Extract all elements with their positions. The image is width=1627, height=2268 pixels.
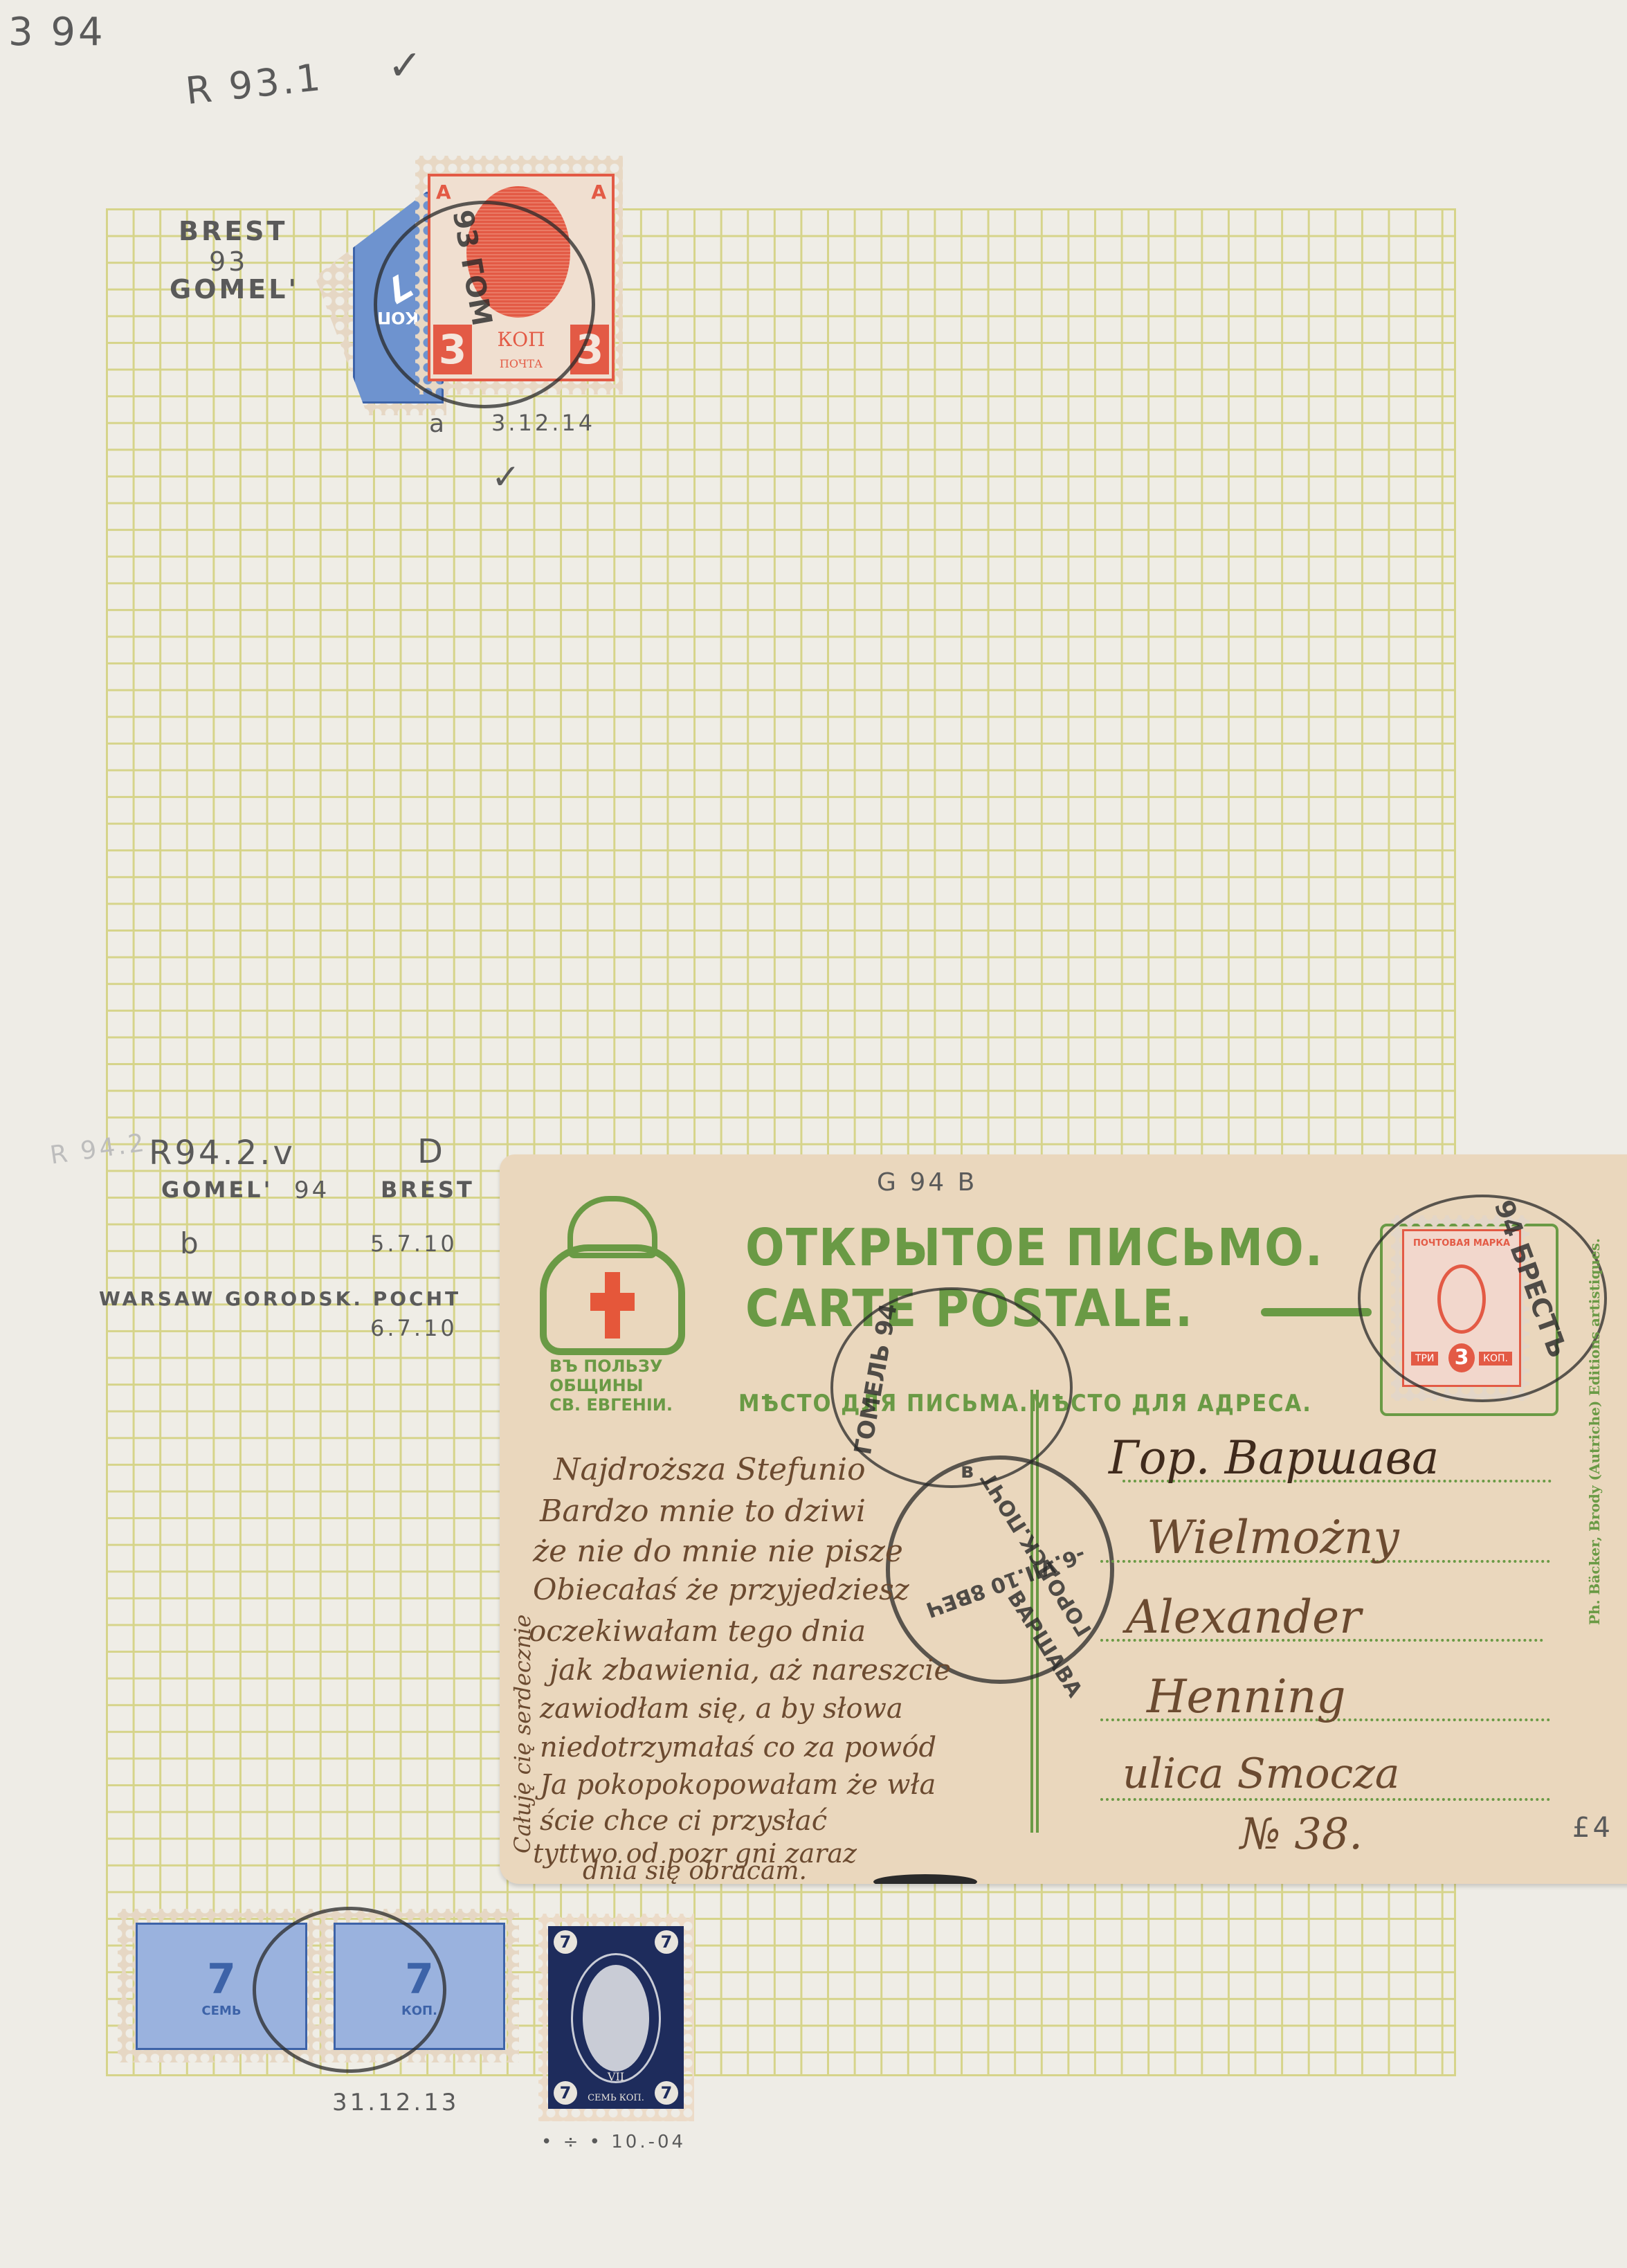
section2-route-from: GOMEL' — [161, 1177, 273, 1203]
section2-date2: 6.7.10 — [370, 1315, 457, 1341]
message-line: zawiodłam się, a by słowa — [540, 1693, 903, 1725]
top-reference: R 93.1 — [183, 55, 325, 113]
message-line: oczekiwałam tego dnia — [529, 1614, 866, 1648]
message-line: Ja pokopokopowałam że wła — [540, 1769, 936, 1801]
title-russian: ОТКРЫТОЕ ПИСЬМО. — [745, 1218, 1324, 1278]
section1-type-letter: a — [429, 410, 447, 438]
single-stamp-note: • ÷ • 10.-04 — [541, 2132, 686, 2152]
message-line: dnia się obracam. — [583, 1857, 807, 1884]
message-line: jak zbawienia, aż nareszcie — [549, 1653, 951, 1687]
section2-reference: R94.2.v — [149, 1134, 296, 1172]
section2-type-right: D — [417, 1132, 446, 1171]
single-stamp-value-bl: 7 — [554, 2081, 577, 2105]
section2-route-to: BREST — [381, 1177, 475, 1203]
pair-date-note: 31.12.13 — [332, 2089, 459, 2116]
red-cross-icon — [590, 1272, 635, 1339]
address-rule — [1100, 1798, 1550, 1801]
address-number: № 38. — [1240, 1808, 1363, 1859]
single-stamp-value-br: 7 — [655, 2081, 678, 2105]
message-line: że nie do mnie nie pisze — [533, 1534, 903, 1569]
single-stamp-value-tl: 7 — [554, 1930, 577, 1954]
address-title: Wielmożny — [1147, 1511, 1399, 1564]
single-stamp-value-tr: 7 — [655, 1930, 678, 1954]
address-city: Гор. Варшава — [1109, 1431, 1439, 1485]
section1-check-mark: ✓ — [491, 457, 523, 497]
section2-type-letter: b — [180, 1226, 201, 1260]
postcard: G 94 B ВЪ ПОЛЬЗУ ОБЩИНЫ СВ. ЕВГЕНIИ. ОТК… — [500, 1154, 1627, 1884]
postmark-brest — [1358, 1195, 1607, 1402]
postmark-pair — [253, 1907, 446, 2073]
section2-route-number: 94 — [294, 1177, 329, 1204]
single-stamp-oval — [573, 1955, 659, 2081]
address-street: ulica Smocza — [1122, 1750, 1400, 1798]
postcard-pencil-ref: G 94 B — [877, 1168, 977, 1197]
address-last-name: Henning — [1147, 1670, 1346, 1723]
section2-date1: 5.7.10 — [370, 1231, 457, 1257]
section2-transit-line: WARSAW GORODSK. POCHT — [99, 1287, 461, 1310]
stamp-red-corner-left: А — [436, 181, 451, 203]
address-first-name: Alexander — [1126, 1590, 1361, 1644]
stamp-red-corner-right: А — [591, 181, 606, 203]
top-check-mark: ✓ — [388, 42, 425, 90]
ink-blot — [873, 1874, 977, 1884]
section1-label-brest: BREST — [179, 216, 287, 246]
side-note: Całuję cię serdecznie — [509, 1615, 536, 1853]
emblem-line-2: ОБЩИНЫ — [549, 1376, 644, 1395]
price-note: £4 — [1572, 1812, 1613, 1844]
printer-imprint: Ph. Bäcker, Brody (Autriche) Editions ar… — [1586, 1238, 1603, 1625]
message-line: Bardzo mnie to dziwi — [540, 1494, 866, 1529]
section1-label-number: 93 — [209, 246, 248, 277]
emblem-line-3: СВ. ЕВГЕНIИ. — [549, 1395, 673, 1415]
message-line: Najdroższa Stefunio — [554, 1452, 866, 1487]
message-line: niedotrzymałaś co za powód — [540, 1732, 936, 1763]
corner-note: 3 94 — [8, 10, 106, 55]
emblem-line-1: ВЪ ПОЛЬЗУ — [549, 1357, 662, 1376]
message-line: ście chce ci przysłać — [540, 1805, 827, 1837]
section1-label-gomel: GOMEL' — [170, 274, 299, 305]
stamp-single-7-kop: VII СЕМЬ КОП. 7 7 7 7 — [538, 1914, 694, 2121]
stamp-pair-left-value: 7 — [207, 1955, 236, 2004]
section1-date-note: 3.12.14 — [491, 410, 595, 436]
title-flourish — [1261, 1308, 1372, 1316]
message-line: Obiecałaś że przyjedziesz — [533, 1572, 909, 1606]
stamp-pair-left-text: СЕМЬ — [201, 2004, 241, 2018]
